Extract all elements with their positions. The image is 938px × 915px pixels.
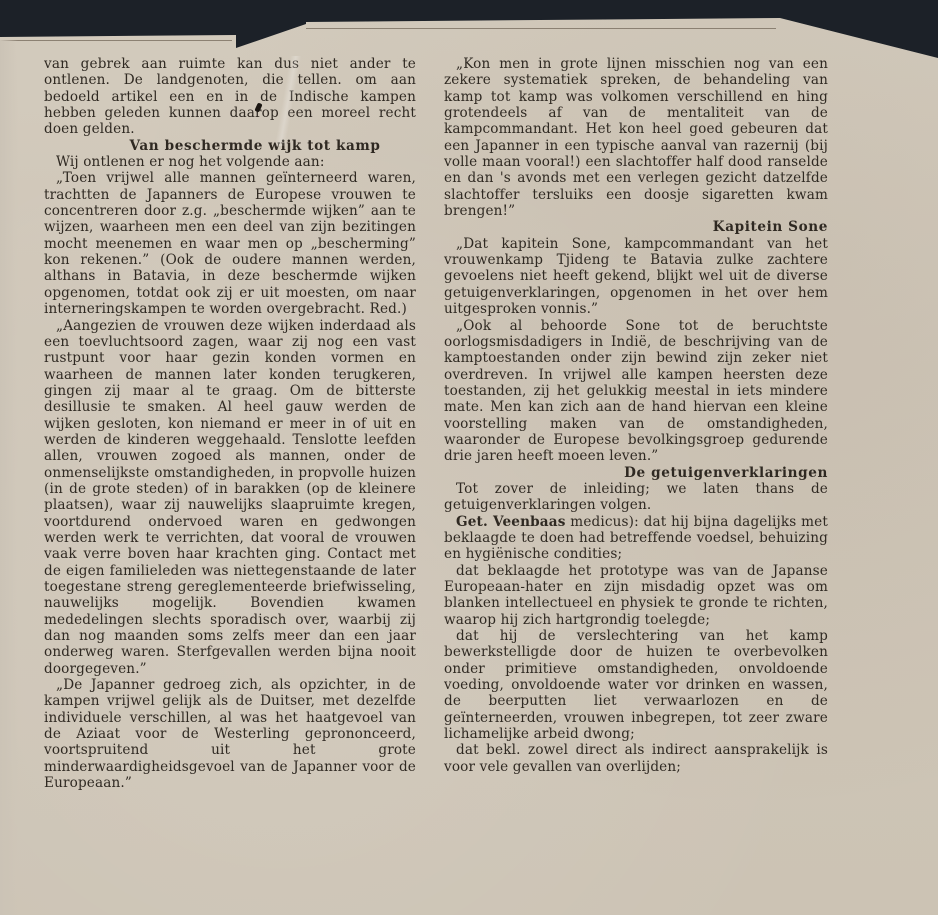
top-column-rule [306, 28, 776, 29]
section-heading-kapitein-sone: Kapitein Sone [444, 219, 828, 235]
paragraph: „Ook al behoorde Sone tot de beruchtste … [444, 318, 828, 465]
section-heading-getuigenverklaringen: De getuigenverklaringen [444, 465, 828, 481]
paragraph: van gebrek aan ruimte kan dus niet ander… [44, 56, 416, 138]
paragraph: Wij ontlenen er nog het volgende aan: [44, 154, 416, 170]
paragraph: „Aangezien de vrouwen deze wijken inderd… [44, 318, 416, 678]
right-column: „Kon men in grote lijnen misschien nog v… [444, 56, 828, 775]
section-heading-beschermde-wijk: Van beschermde wijk tot kamp [44, 138, 416, 154]
paragraph-witness-veenbaas: Get. Veenbaas medicus): dat hij bijna da… [444, 514, 828, 563]
witness-name: Get. Veenbaas [456, 514, 566, 530]
paragraph: „Dat kapitein Sone, kampcommandant van h… [444, 236, 828, 318]
paper-left-edge [0, 40, 18, 915]
paragraph: dat bekl. zowel direct als indirect aans… [444, 742, 828, 775]
paragraph: „De Japanner gedroeg zich, als opzichter… [44, 677, 416, 791]
top-column-rule-left [0, 40, 232, 41]
paragraph: Tot zover de inleiding; we laten thans d… [444, 481, 828, 514]
paragraph: dat hij de verslechtering van het kamp b… [444, 628, 828, 742]
paragraph: „Kon men in grote lijnen misschien nog v… [444, 56, 828, 219]
paragraph: dat beklaagde het prototype was van de J… [444, 563, 828, 628]
left-column: van gebrek aan ruimte kan dus niet ander… [44, 56, 416, 791]
paragraph: „Toen vrijwel alle mannen geïnterneerd w… [44, 170, 416, 317]
